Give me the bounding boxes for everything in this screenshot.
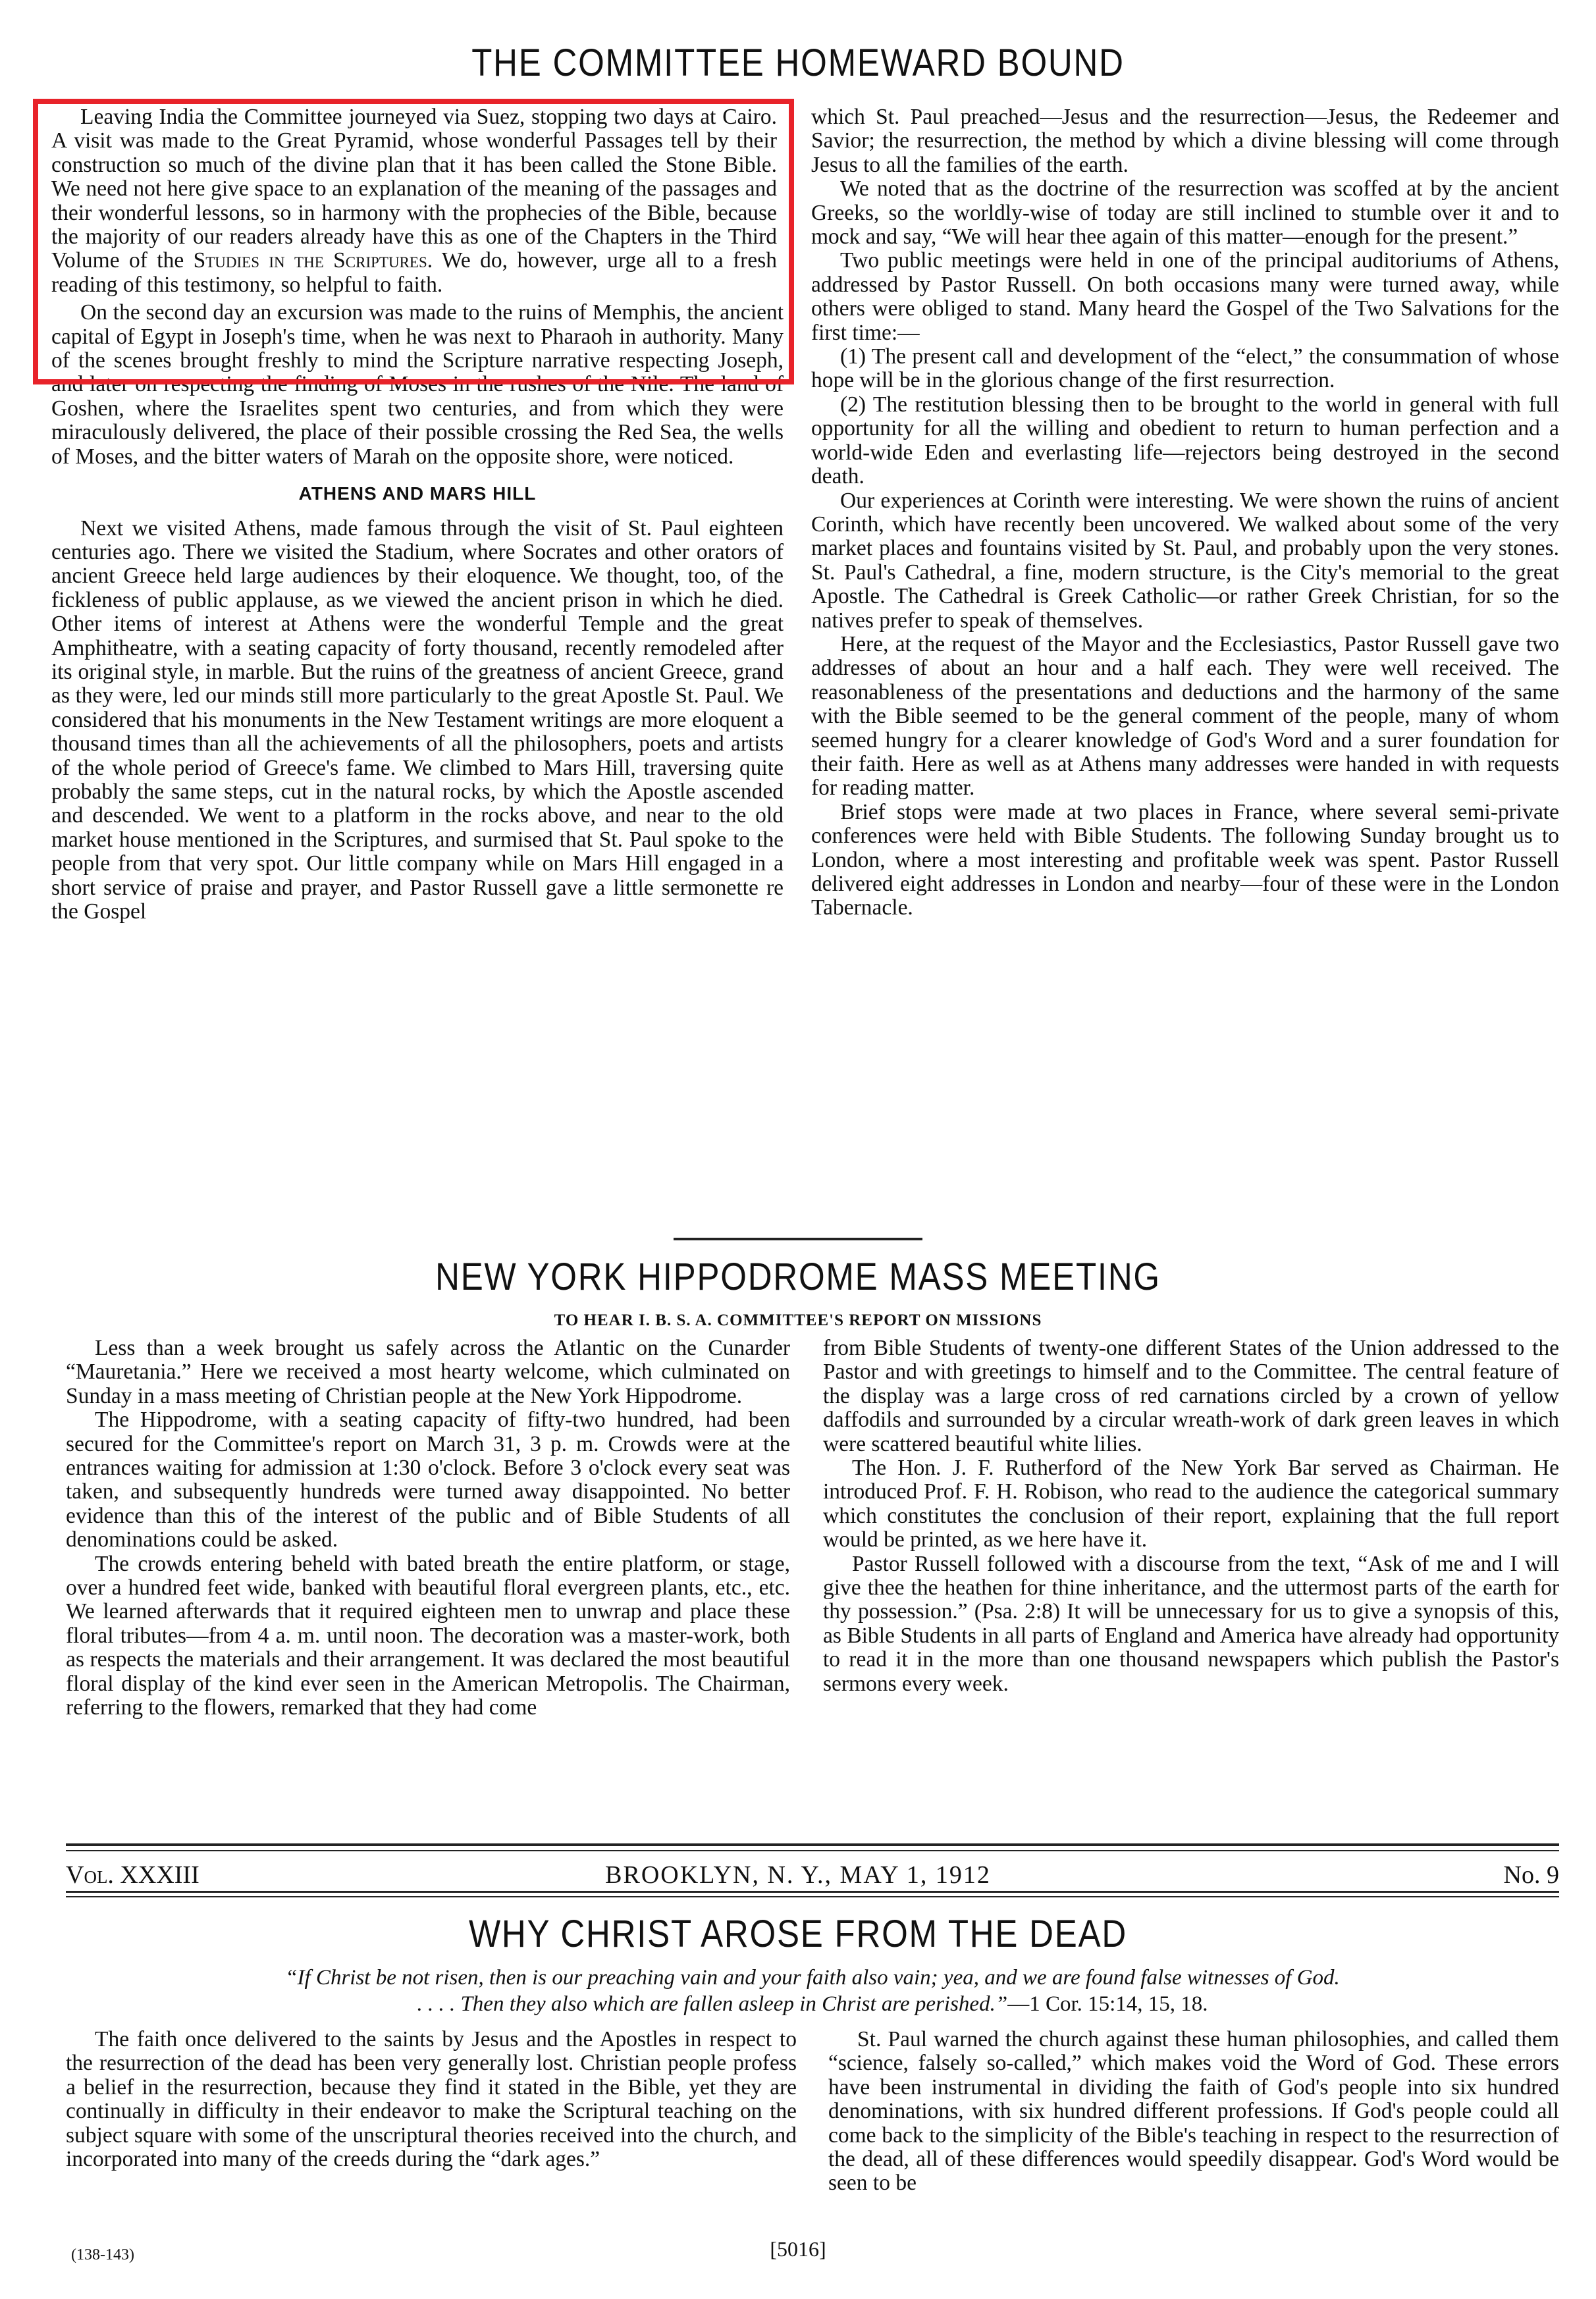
footer-page-number: [5016] — [0, 2237, 1596, 2261]
article3-title: WHY CHRIST AROSE FROM THE DEAD — [95, 1912, 1500, 1956]
paragraph: Here, at the request of the Mayor and th… — [811, 633, 1559, 801]
article2-kicker: TO HEAR I. B. S. A. COMMITTEE'S REPORT O… — [0, 1311, 1596, 1330]
paragraph: We noted that as the doctrine of the res… — [811, 177, 1559, 249]
paragraph-continuation: which St. Paul preached—Jesus and the re… — [811, 105, 1559, 177]
article1-title: THE COMMITTEE HOMEWARD BOUND — [95, 41, 1500, 85]
article2-right-column: from Bible Students of twenty-one differ… — [823, 1336, 1559, 1696]
paragraph: The Hon. J. F. Rutherford of the New Yor… — [823, 1456, 1559, 1552]
article2-title: NEW YORK HIPPODROME MASS MEETING — [95, 1255, 1500, 1299]
paragraph-france-london: Brief stops were made at two places in F… — [811, 801, 1559, 920]
paragraph: Two public meetings were held in one of … — [811, 249, 1559, 345]
article3-left-column: The faith once delivered to the saints b… — [66, 2028, 797, 2171]
article2-left-column: Less than a week brought us safely acros… — [66, 1336, 790, 1720]
epigraph-line-2: . . . . Then they also which are fallen … — [66, 1991, 1559, 2017]
masthead-rule-bottom-thin — [66, 1896, 1559, 1897]
subheading-athens: ATHENS AND MARS HILL — [51, 482, 784, 506]
paragraph: The faith once delivered to the saints b… — [66, 2028, 797, 2171]
article1-left-column: Leaving India the Committee journeyed vi… — [51, 105, 784, 924]
masthead-rule-bottom — [66, 1891, 1559, 1893]
paragraph-memphis: On the second day an excursion was made … — [51, 301, 784, 469]
article3-epigraph: “If Christ be not risen, then is our pre… — [66, 1965, 1559, 2017]
masthead-place-date: BROOKLYN, N. Y., MAY 1, 1912 — [0, 1861, 1596, 1889]
article3-right-column: St. Paul warned the church against these… — [828, 2028, 1559, 2196]
paragraph: The Hippodrome, with a seating capacity … — [66, 1408, 790, 1552]
paragraph-point-1: (1) The present call and development of … — [811, 345, 1559, 393]
masthead-number: No. 9 — [1504, 1861, 1559, 1889]
paragraph-continuation: from Bible Students of twenty-one differ… — [823, 1336, 1559, 1456]
paragraph-athens: Next we visited Athens, made famous thro… — [51, 517, 784, 924]
paragraph: The crowds entering beheld with bated br… — [66, 1552, 790, 1720]
section-divider — [674, 1238, 922, 1240]
paragraph-corinth: Our experiences at Corinth were interest… — [811, 489, 1559, 633]
epigraph-line-1: “If Christ be not risen, then is our pre… — [66, 1965, 1559, 1991]
masthead-rule-top-thin — [66, 1850, 1559, 1851]
paragraph-point-2: (2) The restitution blessing then to be … — [811, 393, 1559, 489]
article1-right-column: which St. Paul preached—Jesus and the re… — [811, 105, 1559, 920]
paragraph: St. Paul warned the church against these… — [828, 2028, 1559, 2196]
masthead-rule-top — [66, 1843, 1559, 1846]
paragraph: Pastor Russell followed with a discourse… — [823, 1552, 1559, 1696]
paragraph: Less than a week brought us safely acros… — [66, 1336, 790, 1408]
highlighted-paragraph: Leaving India the Committee journeyed vi… — [51, 105, 784, 297]
